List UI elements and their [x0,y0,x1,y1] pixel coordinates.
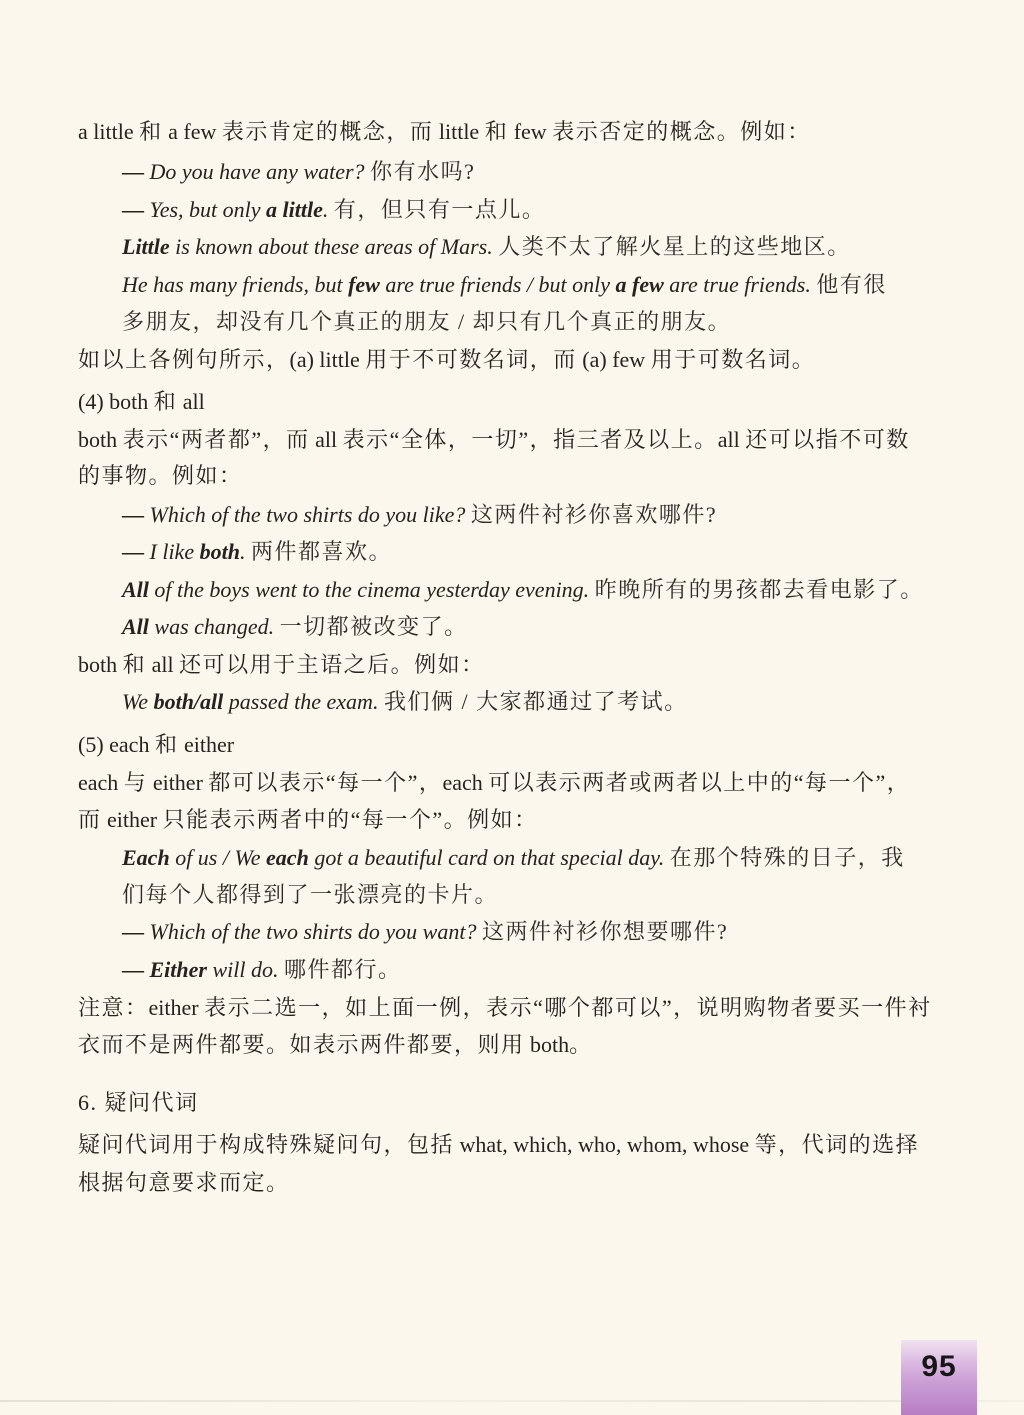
text-run-zh: 表示肯定的概念，而 [222,119,434,144]
text-run-kai: 有，但只有一点儿。 [334,197,546,222]
text-run-kai: 哪件都行。 [284,957,402,982]
text-run-en: each [442,770,488,795]
text-run-bi: both [200,539,240,564]
text-run-bi: All [122,614,149,639]
text-run-bi: All [122,577,149,602]
text-run-zh: 如以上各例句所示， [78,347,290,372]
text-line: 根据句意要求而定。 [78,1168,290,1198]
text-run-zh: 疑问代词用于构成特殊疑问句，包括 [78,1132,454,1157]
text-run-zh: 可以表示两者或两者以上中的“每一个”， [488,770,910,795]
text-run-en: few [508,119,552,144]
text-content: a little 和 a few 表示肯定的概念，而 little 和 few … [0,0,1024,1415]
text-run-dash: — [122,919,150,944]
text-run-en: (5) each [78,732,155,757]
text-run-en: what, which, who, whom, whose [454,1132,755,1157]
text-run-zh: 只能表示两者中的“每一个”。例如： [163,807,538,832]
text-run-zh: 表示“两者都”，而 [123,427,310,452]
text-run-en: a little [78,119,139,144]
text-run-zh: 表示二选一，如上面一例，表示“哪个都可以”，说明购物者要买一件衬 [204,995,932,1020]
text-line: each 与 either 都可以表示“每一个”，each 可以表示两者或两者以… [78,768,910,798]
text-line: — Either will do. 哪件都行。 [122,955,402,985]
text-run-kai: 们每个人都得到了一张漂亮的卡片。 [122,882,498,907]
text-line: All of the boys went to the cinema yeste… [122,575,924,605]
text-run-en: both [525,1032,570,1057]
text-run-zh: 还可以指不可数 [745,427,910,452]
text-run-it: passed the exam. [223,689,384,714]
text-run-it: of the boys went to the cinema yesterday… [149,577,595,602]
text-run-zh: 注意： [78,995,149,1020]
text-run-zh: 表示“全体，一切”，指三者及以上。 [343,427,718,452]
text-run-zh: 和 [485,119,509,144]
text-line: both 和 all 还可以用于主语之后。例如： [78,650,485,680]
text-line: 们每个人都得到了一张漂亮的卡片。 [122,880,498,910]
text-run-it: Which of the two shirts do you like? [150,502,471,527]
text-line: 的事物。例如： [78,461,243,491]
text-run-bi: few [348,272,380,297]
text-run-zh: 与 [124,770,148,795]
text-run-bi: Little [122,234,170,259]
scan-shadow-line [0,1400,1024,1402]
text-run-it: was changed. [149,614,280,639]
text-run-en: either [102,807,163,832]
text-line: Each of us / We each got a beautiful car… [122,843,905,873]
text-run-kai: 你有水吗? [370,159,475,184]
text-run-kai: 我们俩 / 大家都通过了考试。 [384,689,688,714]
text-run-kai: 在那个特殊的日子，我 [670,845,905,870]
text-run-it: is known about these areas of Mars. [170,234,499,259]
text-line: We both/all passed the exam. 我们俩 / 大家都通过… [122,687,688,717]
text-run-kai: 这两件衬衫你想要哪件? [482,919,728,944]
text-run-en: (a) little [290,347,366,372]
text-line: 多朋友，却没有几个真正的朋友 / 却只有几个真正的朋友。 [122,307,731,337]
text-run-zh: 和 [154,389,178,414]
text-run-it: are true friends. [664,272,817,297]
text-line: He has many friends, but few are true fr… [122,270,887,300]
text-line: 而 either 只能表示两者中的“每一个”。例如： [78,805,538,835]
text-run-kai: 这两件衬衫你喜欢哪件? [471,502,717,527]
page-number-badge: 95 [901,1340,977,1415]
text-run-zh: 而 [78,807,102,832]
text-run-zh: 用于可数名词。 [651,347,816,372]
text-run-it: Do you have any water? [150,159,371,184]
text-run-zh: 还可以用于主语之后。例如： [179,652,485,677]
text-run-it: are true friends / but only [380,272,616,297]
text-line: 疑问代词用于构成特殊疑问句，包括 what, which, who, whom,… [78,1130,919,1160]
text-run-dash: — [122,539,150,564]
text-run-it: will do. [207,957,284,982]
text-run-en: all [310,427,343,452]
text-run-zh: 用于不可数名词，而 [365,347,577,372]
text-run-zh: 表示否定的概念。例如： [552,119,811,144]
text-line: (4) both 和 all [78,387,205,417]
text-run-zh: 的事物。例如： [78,463,243,488]
text-run-bi: each [266,845,309,870]
text-line: Little is known about these areas of Mar… [122,232,851,262]
text-run-en: either [178,732,234,757]
text-run-zh: 6. 疑问代词 [78,1090,199,1115]
text-run-zh: 根据句意要求而定。 [78,1170,290,1195]
text-run-kai: 多朋友，却没有几个真正的朋友 / 却只有几个真正的朋友。 [122,309,731,334]
text-run-it: Which of the two shirts do you want? [150,919,482,944]
text-line: — Do you have any water? 你有水吗? [122,157,475,187]
text-run-en: all [718,427,746,452]
textbook-page: a little 和 a few 表示肯定的概念，而 little 和 few … [0,0,1024,1415]
text-line: a little 和 a few 表示肯定的概念，而 little 和 few … [78,117,811,147]
text-line: 如以上各例句所示，(a) little 用于不可数名词，而 (a) few 用于… [78,345,815,375]
text-run-it: . [323,197,334,222]
text-run-kai: 两件都喜欢。 [251,539,392,564]
text-line: — Which of the two shirts do you want? 这… [122,917,728,947]
text-run-zh: 和 [139,119,163,144]
text-line: both 表示“两者都”，而 all 表示“全体，一切”，指三者及以上。all … [78,425,910,455]
text-run-zh: 。 [569,1032,593,1057]
text-run-kai: 一切都被改变了。 [280,614,468,639]
text-line: — I like both. 两件都喜欢。 [122,537,392,567]
text-run-zh: 都可以表示“每一个”， [208,770,442,795]
text-run-dash: — [122,957,150,982]
text-run-bi: Each [122,845,170,870]
text-run-en: all [177,389,205,414]
text-run-bi: a little [266,197,323,222]
text-line: 注意：either 表示二选一，如上面一例，表示“哪个都可以”，说明购物者要买一… [78,993,932,1023]
text-run-bi: a few [616,272,664,297]
text-run-zh: 和 [123,652,147,677]
text-run-it: got a beautiful card on that special day… [309,845,670,870]
text-line: (5) each 和 either [78,730,234,760]
text-line: — Which of the two shirts do you like? 这… [122,500,717,530]
text-run-kai: 他有很 [816,272,887,297]
text-run-it: I like [150,539,200,564]
text-run-dash: — [122,197,150,222]
text-run-en: a few [163,119,222,144]
text-run-it: of us / We [170,845,266,870]
text-run-it: Yes, but only [150,197,267,222]
text-run-bi: Either [150,957,207,982]
text-run-bi: both/all [154,689,224,714]
text-run-it: . [240,539,251,564]
text-line: All was changed. 一切都被改变了。 [122,612,468,642]
text-run-en: (a) few [577,347,651,372]
text-run-en: either [149,995,205,1020]
text-run-it: We [122,689,154,714]
text-run-kai: 昨晚所有的男孩都去看电影了。 [595,577,924,602]
text-run-dash: — [122,159,150,184]
text-run-en: little [433,119,484,144]
text-line: 6. 疑问代词 [78,1088,199,1118]
text-run-en: each [78,770,124,795]
text-run-zh: 衣而不是两件都要。如表示两件都要，则用 [78,1032,525,1057]
page-number: 95 [921,1352,956,1382]
text-line: 衣而不是两件都要。如表示两件都要，则用 both。 [78,1030,593,1060]
text-run-en: either [147,770,208,795]
text-run-en: both [78,427,123,452]
text-run-zh: 和 [155,732,179,757]
text-line: — Yes, but only a little. 有，但只有一点儿。 [122,195,545,225]
text-run-en: both [78,652,123,677]
text-run-zh: 等，代词的选择 [755,1132,920,1157]
text-run-it: He has many friends, but [122,272,348,297]
text-run-dash: — [122,502,150,527]
text-run-kai: 人类不太了解火星上的这些地区。 [498,234,851,259]
text-run-en: all [146,652,179,677]
text-run-en: (4) both [78,389,154,414]
